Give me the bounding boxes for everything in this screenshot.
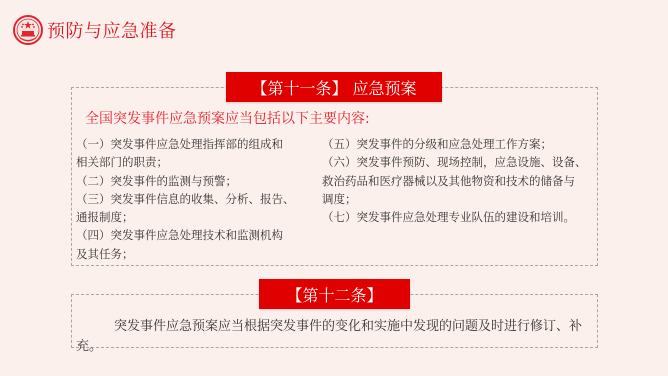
list-item: 调度； — [322, 190, 597, 208]
article-11-right-list: （五）突发事件的分级和应急处理工作方案； （六）突发事件预防、现场控制，应急设施… — [322, 135, 597, 226]
article-11-banner: 【第十一条】 应急预案 — [226, 72, 442, 102]
list-item: 救治药品和医疗器械以及其他物资和技术的储备与 — [322, 172, 597, 190]
list-item: 通报制度； — [76, 208, 316, 226]
list-item: 相关部门的职责； — [76, 153, 316, 171]
list-item: （三）突发事件信息的收集、分析、报告、 — [76, 190, 316, 208]
list-item: （六）突发事件预防、现场控制，应急设施、设备、 — [322, 153, 597, 171]
list-item: （一）突发事件应急处理指挥部的组成和 — [76, 135, 316, 153]
list-item: （四）突发事件应急处理技术和监测机构 — [76, 226, 316, 244]
list-item: （五）突发事件的分级和应急处理工作方案； — [322, 135, 597, 153]
page-header: 预防与应急准备 — [12, 13, 177, 47]
article-12-banner: 【第十二条】 — [259, 279, 410, 309]
article-12-text: 突发事件应急预案应当根据突发事件的变化和实施中发现的问题及时进行修订、补充。 — [76, 317, 596, 357]
article-11-intro: 全国突发事件应急预案应当包括以下主要内容: — [85, 108, 370, 128]
page-title: 预防与应急准备 — [47, 17, 177, 43]
article-11-left-list: （一）突发事件应急处理指挥部的组成和 相关部门的职责； （二）突发事件的监测与预… — [76, 135, 316, 263]
national-emblem-icon — [12, 14, 44, 46]
list-item: 及其任务； — [76, 245, 316, 263]
list-item: （七）突发事件应急处理专业队伍的建设和培训。 — [322, 208, 597, 226]
list-item: （二）突发事件的监测与预警； — [76, 172, 316, 190]
